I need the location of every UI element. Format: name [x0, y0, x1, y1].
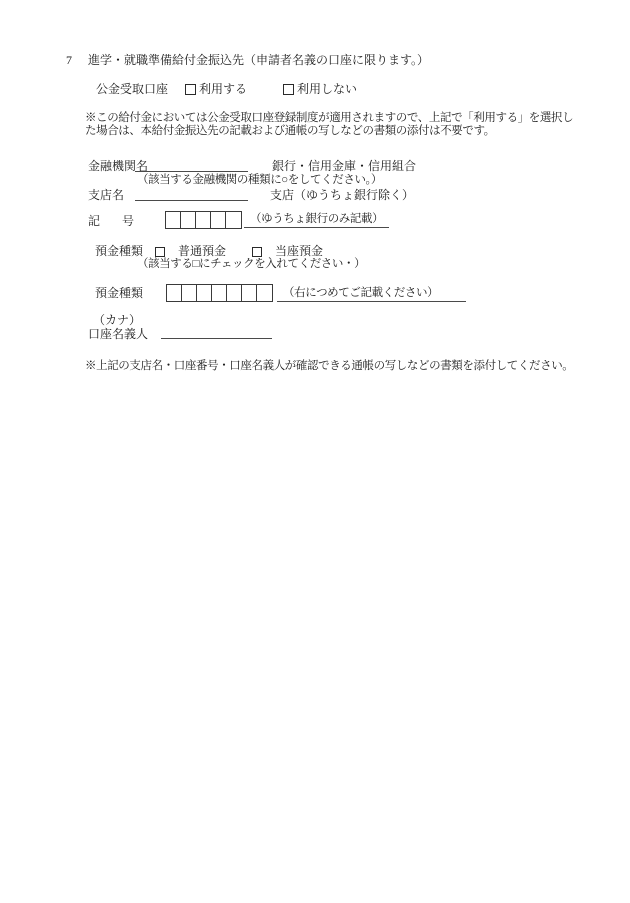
digit-cell[interactable]	[197, 285, 212, 301]
digit-cell[interactable]	[196, 212, 211, 228]
symbol-note: （ゆうちょ銀行のみ記載）	[244, 213, 389, 228]
current-label: 当座預金	[275, 245, 323, 258]
account-number-digit-boxes[interactable]	[166, 284, 273, 302]
note-top-line1: ※この給付金においては公金受取口座登録制度が適用されますので、上記で「利用する」…	[85, 112, 573, 125]
public-account-option-use[interactable]: 利用する	[185, 83, 247, 96]
digit-cell[interactable]	[211, 212, 226, 228]
symbol-label-char1: 記	[88, 215, 100, 228]
branch-input-line[interactable]	[135, 200, 248, 201]
institution-input-line[interactable]	[135, 171, 248, 172]
account-number-note: （右につめてご記載ください）	[277, 287, 466, 302]
deposit-option-current[interactable]: 当座預金	[252, 245, 323, 258]
digit-cell[interactable]	[226, 212, 241, 228]
digit-cell[interactable]	[257, 285, 272, 301]
account-number-note-wrap: （右につめてご記載ください）	[277, 287, 466, 300]
ordinary-checkbox[interactable]	[155, 247, 165, 257]
application-form-page: 7 進学・就職準備給付金振込先（申請者名義の口座に限ります。） 公金受取口座 利…	[0, 0, 630, 903]
current-checkbox[interactable]	[252, 247, 262, 257]
kana-label: （カナ）	[93, 314, 141, 327]
section-title: 進学・就職準備給付金振込先（申請者名義の口座に限ります。）	[88, 54, 429, 67]
holder-input-line[interactable]	[161, 338, 272, 339]
note-top-line2: た場合は、本給付金振込先の記載および通帳の写しなどの書類の添付は不要です。	[85, 125, 495, 138]
digit-cell[interactable]	[227, 285, 242, 301]
branch-label: 支店名	[88, 189, 124, 202]
public-account-option-not-use[interactable]: 利用しない	[283, 83, 357, 96]
use-checkbox[interactable]	[185, 84, 196, 95]
section-number: 7	[66, 54, 88, 67]
symbol-note-wrap: （ゆうちょ銀行のみ記載）	[244, 213, 389, 226]
not-use-label: 利用しない	[297, 83, 357, 96]
deposit-type-note: （該当する□にチェックを入れてください・）	[137, 258, 365, 271]
digit-cell[interactable]	[166, 212, 181, 228]
branch-suffix: 支店（ゆうちょ銀行除く）	[270, 189, 414, 202]
account-number-label: 預金種類	[95, 287, 143, 300]
public-account-label: 公金受取口座	[96, 83, 168, 96]
note-bottom: ※上記の支店名・口座番号・口座名義人が確認できる通帳の写しなどの書類を添付してく…	[85, 360, 573, 373]
digit-cell[interactable]	[181, 212, 196, 228]
institution-suffix: 銀行・信用金庫・信用組合	[272, 160, 416, 173]
symbol-label-char2: 号	[122, 215, 134, 228]
digit-cell[interactable]	[167, 285, 182, 301]
deposit-type-label: 預金種類	[95, 245, 143, 258]
digit-cell[interactable]	[212, 285, 227, 301]
not-use-checkbox[interactable]	[283, 84, 294, 95]
digit-cell[interactable]	[242, 285, 257, 301]
symbol-digit-boxes[interactable]	[165, 211, 242, 229]
ordinary-label: 普通預金	[178, 245, 226, 258]
holder-label: 口座名義人	[88, 328, 148, 341]
deposit-option-ordinary[interactable]: 普通預金	[155, 245, 226, 258]
digit-cell[interactable]	[182, 285, 197, 301]
institution-note: （該当する金融機関の種類に○をしてください。）	[137, 174, 382, 187]
use-label: 利用する	[199, 83, 247, 96]
section-title-row: 7 進学・就職準備給付金振込先（申請者名義の口座に限ります。）	[66, 54, 429, 67]
